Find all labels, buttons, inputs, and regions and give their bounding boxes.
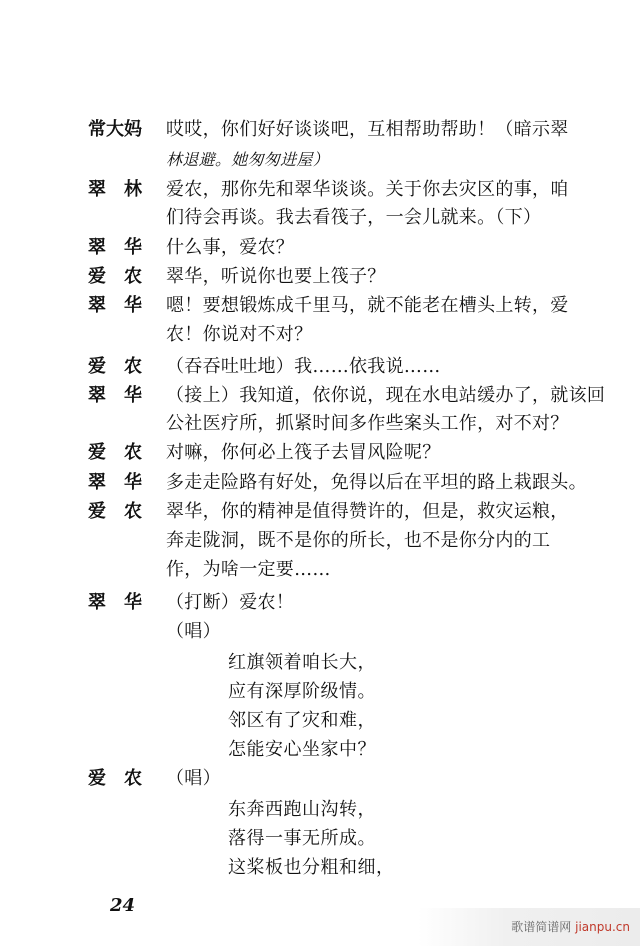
page-number: 24 — [110, 895, 135, 916]
watermark-domain: jianpu.cn — [575, 920, 630, 934]
dialogue-text: 嗯！要想锻炼成千里马，就不能老在槽头上转，爱 — [166, 291, 569, 321]
watermark-site-name: 歌谱简谱网 — [511, 920, 571, 934]
dialogue-text: 爱农，那你先和翠华谈谈。关于你去灾区的事，咱 — [166, 175, 569, 205]
dialogue-text: 奔走陇洞，既不是你的所长，也不是你分内的工 — [166, 526, 550, 556]
verse-text: 应有深厚阶级情。 — [228, 677, 376, 707]
dialogue-text: （接上）我知道，依你说，现在水电站缓办了，就该回 — [166, 381, 605, 411]
dialogue-text: 翠华，听说你也要上筏子？ — [166, 262, 386, 292]
dialogue-text: （吞吞吐吐地）我……依我说…… — [166, 352, 441, 382]
dialogue-text: 作，为啥一定要…… — [166, 555, 331, 585]
verse-text: 落得一事无所成。 — [228, 824, 376, 854]
verse-text: 邻区有了灾和难， — [228, 706, 376, 736]
speaker-name: 爱 农 — [88, 352, 156, 382]
dialogue-text: 翠华，你的精神是值得赞许的，但是，救灾运粮， — [166, 497, 569, 527]
stage-direction: （唱） — [166, 617, 221, 647]
verse-text: 东奔西跑山沟转， — [228, 795, 376, 825]
dialogue-text: （打断）爱农！ — [166, 588, 294, 618]
speaker-name: 翠 华 — [88, 233, 156, 263]
dialogue-text: 们待会再谈。我去看筏子，一会儿就来。（下） — [166, 203, 541, 233]
speaker-name: 常大妈 — [88, 115, 156, 145]
dialogue-text: 农！你说对不对？ — [166, 320, 312, 350]
dialogue-text: 公社医疗所，抓紧时间多作些案头工作，对不对？ — [166, 409, 569, 439]
stage-direction: （唱） — [166, 764, 221, 794]
speaker-name: 翠 华 — [88, 291, 156, 321]
speaker-name: 翠 林 — [88, 175, 156, 205]
verse-text: 怎能安心坐家中？ — [228, 735, 376, 765]
speaker-name: 爱 农 — [88, 764, 156, 794]
dialogue-text: 多走走险路有好处，免得以后在平坦的路上栽跟头。 — [166, 468, 587, 498]
verse-text: 这桨板也分粗和细， — [228, 853, 395, 883]
dialogue-text: 哎哎，你们好好谈谈吧，互相帮助帮助！（暗示翠 — [166, 115, 569, 145]
watermark: 歌谱简谱网 jianpu.cn — [418, 908, 640, 946]
speaker-name: 翠 华 — [88, 468, 156, 498]
speaker-name: 翠 华 — [88, 588, 156, 618]
dialogue-text: 对嘛，你何必上筏子去冒风险呢？ — [166, 438, 441, 468]
stage-direction: 林退避。她匆匆进屋） — [166, 145, 329, 175]
speaker-name: 爱 农 — [88, 438, 156, 468]
verse-text: 红旗领着咱长大， — [228, 648, 376, 678]
speaker-name: 爱 农 — [88, 497, 156, 527]
speaker-name: 爱 农 — [88, 262, 156, 292]
script-page: 常大妈 哎哎，你们好好谈谈吧，互相帮助帮助！（暗示翠 林退避。她匆匆进屋） 翠 … — [0, 0, 640, 946]
dialogue-text: 什么事，爱农？ — [166, 233, 294, 263]
speaker-name: 翠 华 — [88, 381, 156, 411]
